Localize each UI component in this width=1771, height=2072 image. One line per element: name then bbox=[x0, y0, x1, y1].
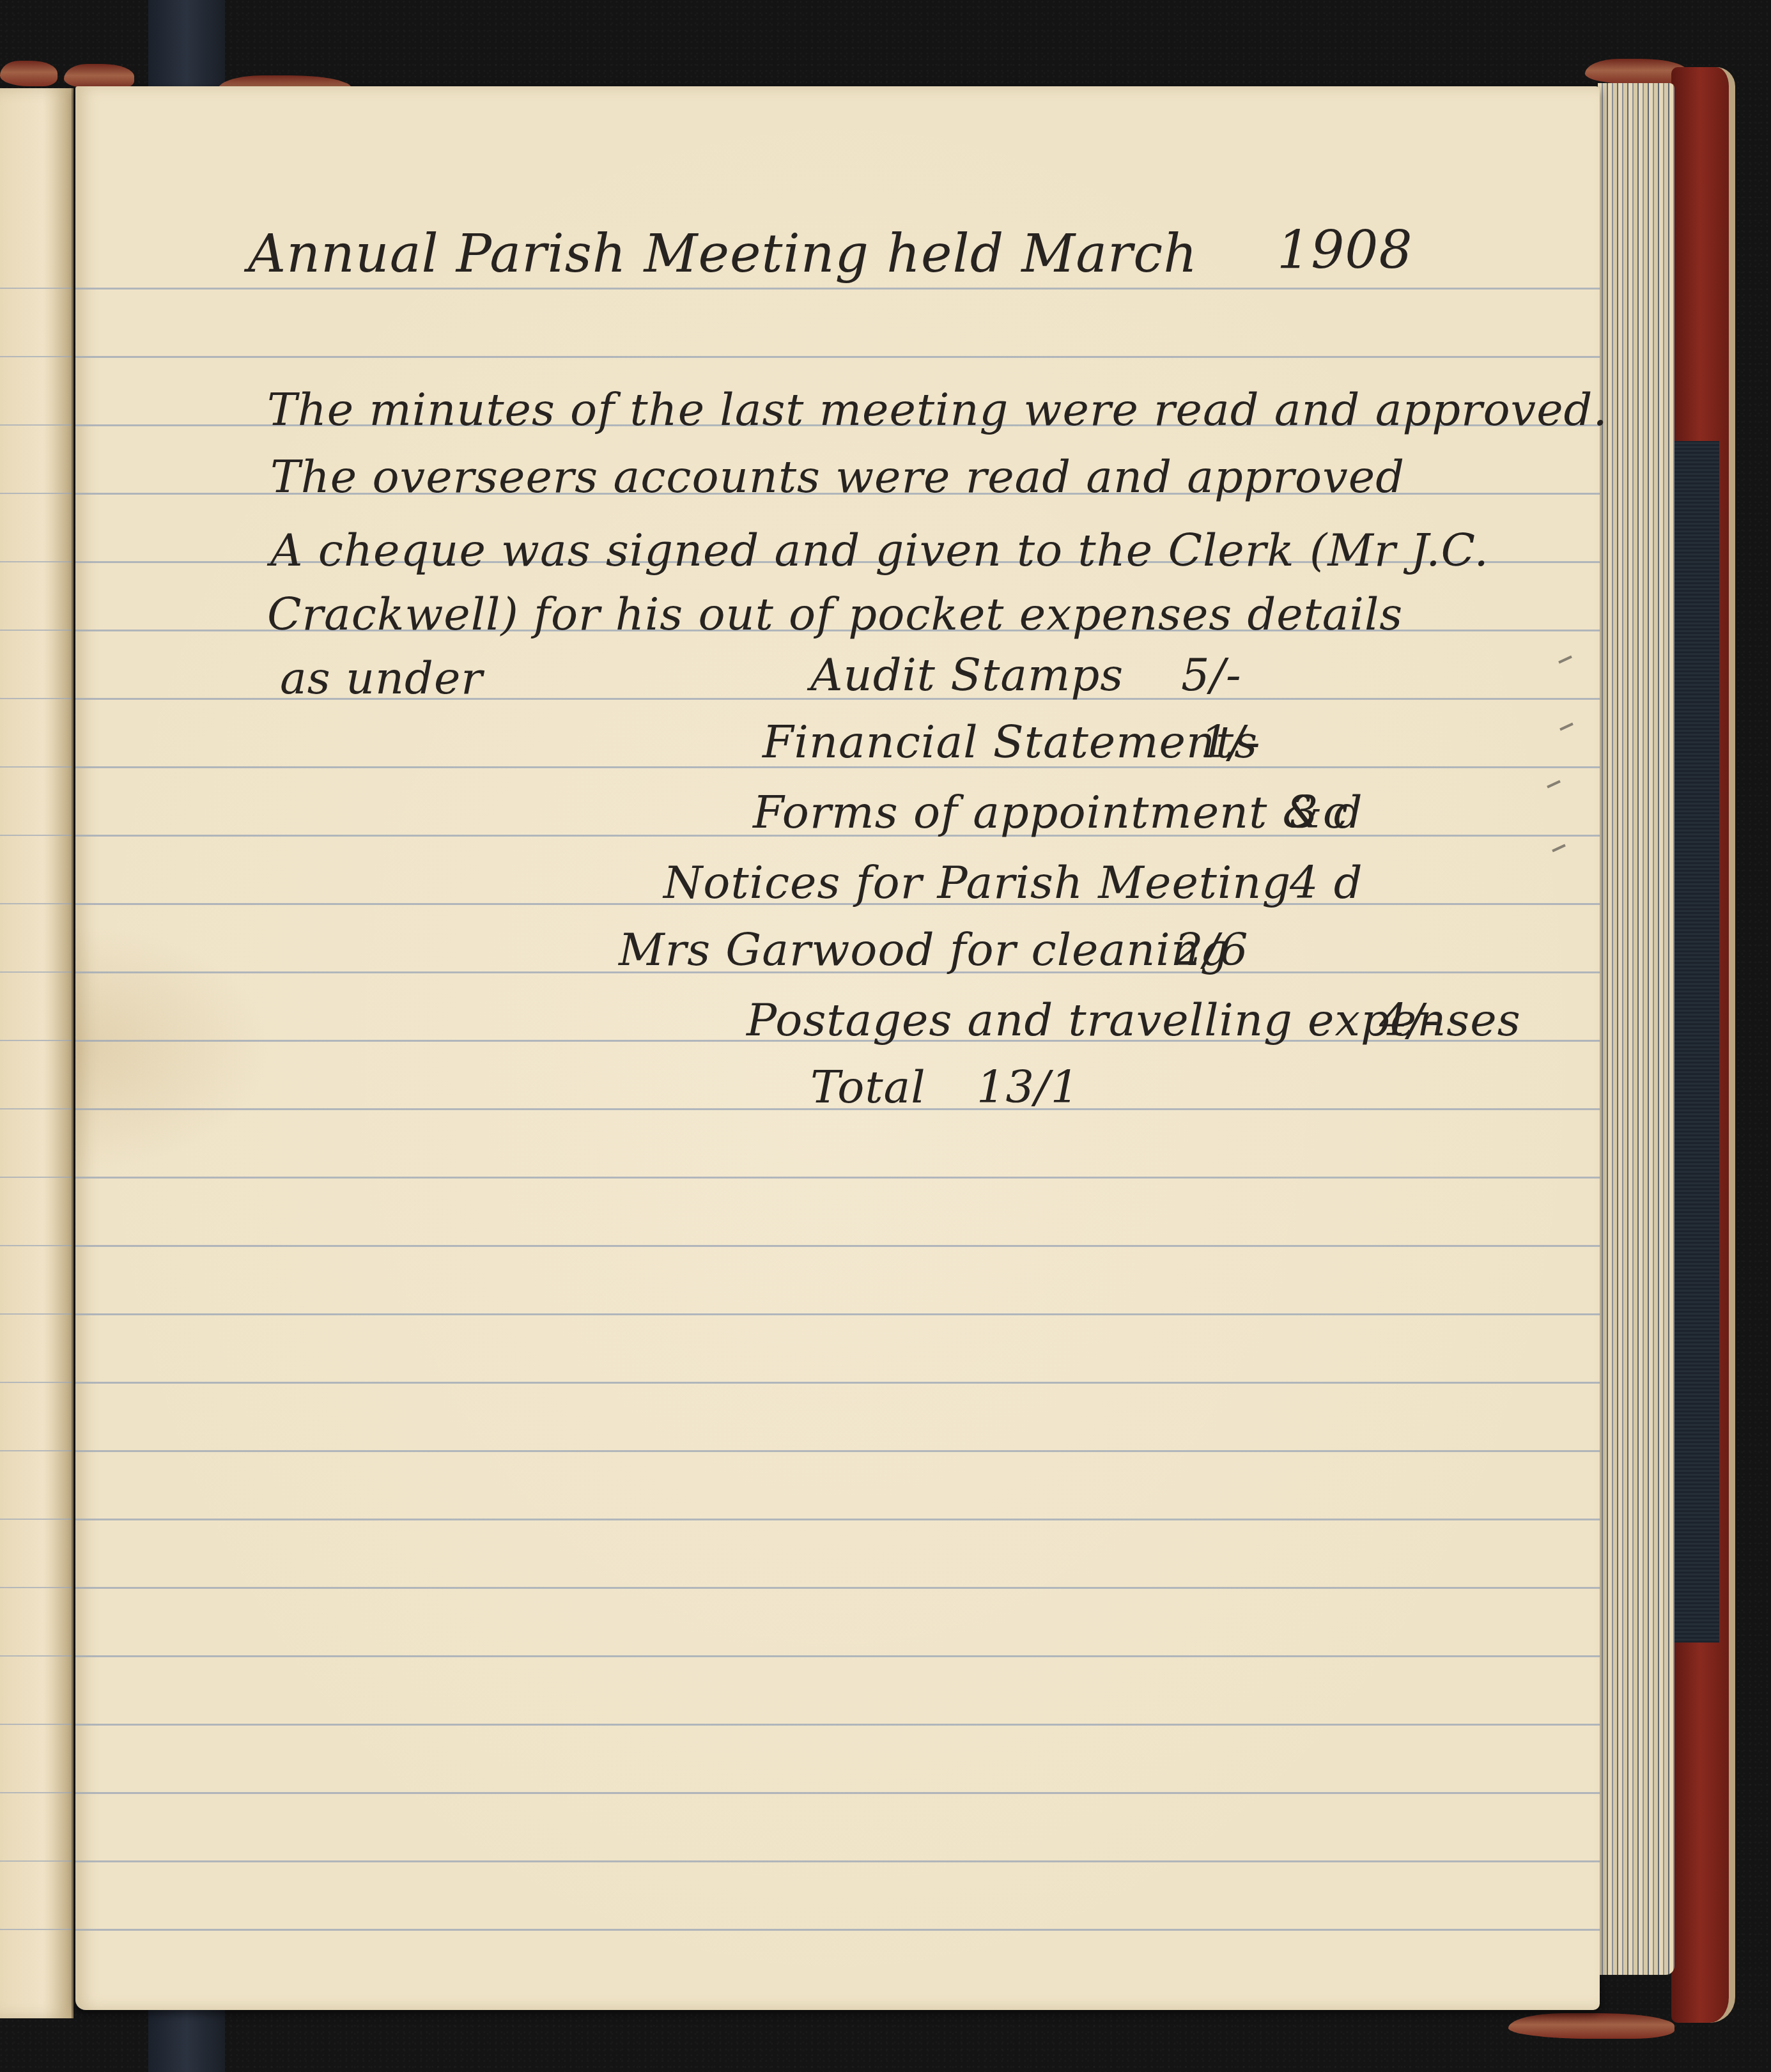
ruled-line bbox=[0, 1519, 72, 1520]
ruled-line bbox=[75, 1724, 1600, 1726]
expense-amount: 2/6 bbox=[1175, 924, 1249, 976]
ruled-line bbox=[75, 356, 1600, 358]
ruled-line bbox=[0, 1040, 72, 1041]
total-label: Total bbox=[810, 1061, 926, 1113]
ruled-line bbox=[75, 288, 1600, 290]
torn-cover-edge bbox=[0, 61, 58, 86]
ruled-line bbox=[0, 698, 72, 699]
ruled-line bbox=[0, 1792, 72, 1793]
expense-amount: 4/- bbox=[1379, 994, 1440, 1046]
ruled-line bbox=[0, 903, 72, 904]
torn-cover-edge bbox=[1508, 2013, 1674, 2039]
ruled-line bbox=[0, 493, 72, 494]
main-page: Annual Parish Meeting held March 1908 Th… bbox=[75, 86, 1600, 2010]
expense-amount: 5/- bbox=[1181, 649, 1242, 701]
minutes-line: The minutes of the last meeting were rea… bbox=[267, 383, 1608, 436]
ruled-line bbox=[0, 971, 72, 973]
pencil-mark bbox=[1547, 780, 1561, 789]
ruled-line bbox=[0, 356, 72, 357]
torn-cover-edge bbox=[64, 64, 134, 89]
ruled-line bbox=[75, 1245, 1600, 1247]
total-amount: 13/1 bbox=[977, 1061, 1079, 1113]
ruled-line bbox=[0, 1450, 72, 1451]
ruled-line bbox=[0, 1108, 72, 1109]
ruled-line bbox=[0, 1382, 72, 1383]
ruled-line bbox=[0, 1587, 72, 1588]
ruled-line bbox=[0, 1860, 72, 1862]
ruled-line bbox=[0, 1245, 72, 1246]
minutes-line: Crackwell) for his out of pocket expense… bbox=[267, 588, 1403, 640]
ruled-line bbox=[75, 1177, 1600, 1179]
ruled-line bbox=[0, 1655, 72, 1657]
ruled-line bbox=[0, 1313, 72, 1315]
pencil-mark bbox=[1552, 844, 1566, 853]
ruled-line bbox=[0, 1724, 72, 1725]
ruled-line bbox=[0, 630, 72, 631]
expense-item: Mrs Garwood for cleaning bbox=[619, 924, 1230, 976]
ruled-line bbox=[0, 1177, 72, 1178]
binding-cloth-spine bbox=[1674, 441, 1719, 1643]
ruled-line bbox=[75, 1929, 1600, 1931]
expense-amount: 4 d bbox=[1290, 856, 1363, 909]
ruled-line bbox=[0, 288, 72, 289]
expense-item: Audit Stamps bbox=[810, 649, 1124, 701]
page-title-year: 1908 bbox=[1277, 220, 1413, 281]
ruled-line bbox=[0, 835, 72, 836]
expense-item: Forms of appointment &c bbox=[753, 786, 1349, 839]
cover-strap-bottom bbox=[148, 2008, 225, 2072]
pencil-mark bbox=[1558, 656, 1572, 664]
ruled-line bbox=[75, 1860, 1600, 1862]
ruled-line bbox=[75, 1519, 1600, 1520]
page-edges-stack bbox=[1598, 83, 1674, 1975]
ruled-line bbox=[0, 766, 72, 768]
minutes-line: A cheque was signed and given to the Cle… bbox=[270, 524, 1489, 576]
minutes-line: The overseers accounts were read and app… bbox=[270, 451, 1405, 503]
expense-amount: 1/- bbox=[1200, 716, 1261, 768]
ruled-line bbox=[75, 1313, 1600, 1315]
ruled-line bbox=[0, 1929, 72, 1930]
expense-amount: 3 d bbox=[1290, 786, 1363, 839]
ruled-line bbox=[75, 1587, 1600, 1589]
left-page bbox=[0, 88, 73, 2018]
pencil-mark bbox=[1559, 723, 1574, 731]
ruled-line bbox=[0, 561, 72, 562]
minutes-line: as under bbox=[280, 652, 483, 704]
expense-item: Notices for Parish Meeting bbox=[663, 856, 1291, 909]
cover-strap-top bbox=[148, 0, 225, 96]
ruled-line bbox=[75, 1450, 1600, 1452]
page-title: Annual Parish Meeting held March bbox=[248, 224, 1198, 284]
ruled-line bbox=[0, 424, 72, 426]
expense-item: Financial Statements bbox=[762, 716, 1258, 768]
ruled-line bbox=[75, 1655, 1600, 1657]
ruled-line bbox=[75, 1382, 1600, 1384]
ruled-line bbox=[75, 1792, 1600, 1794]
